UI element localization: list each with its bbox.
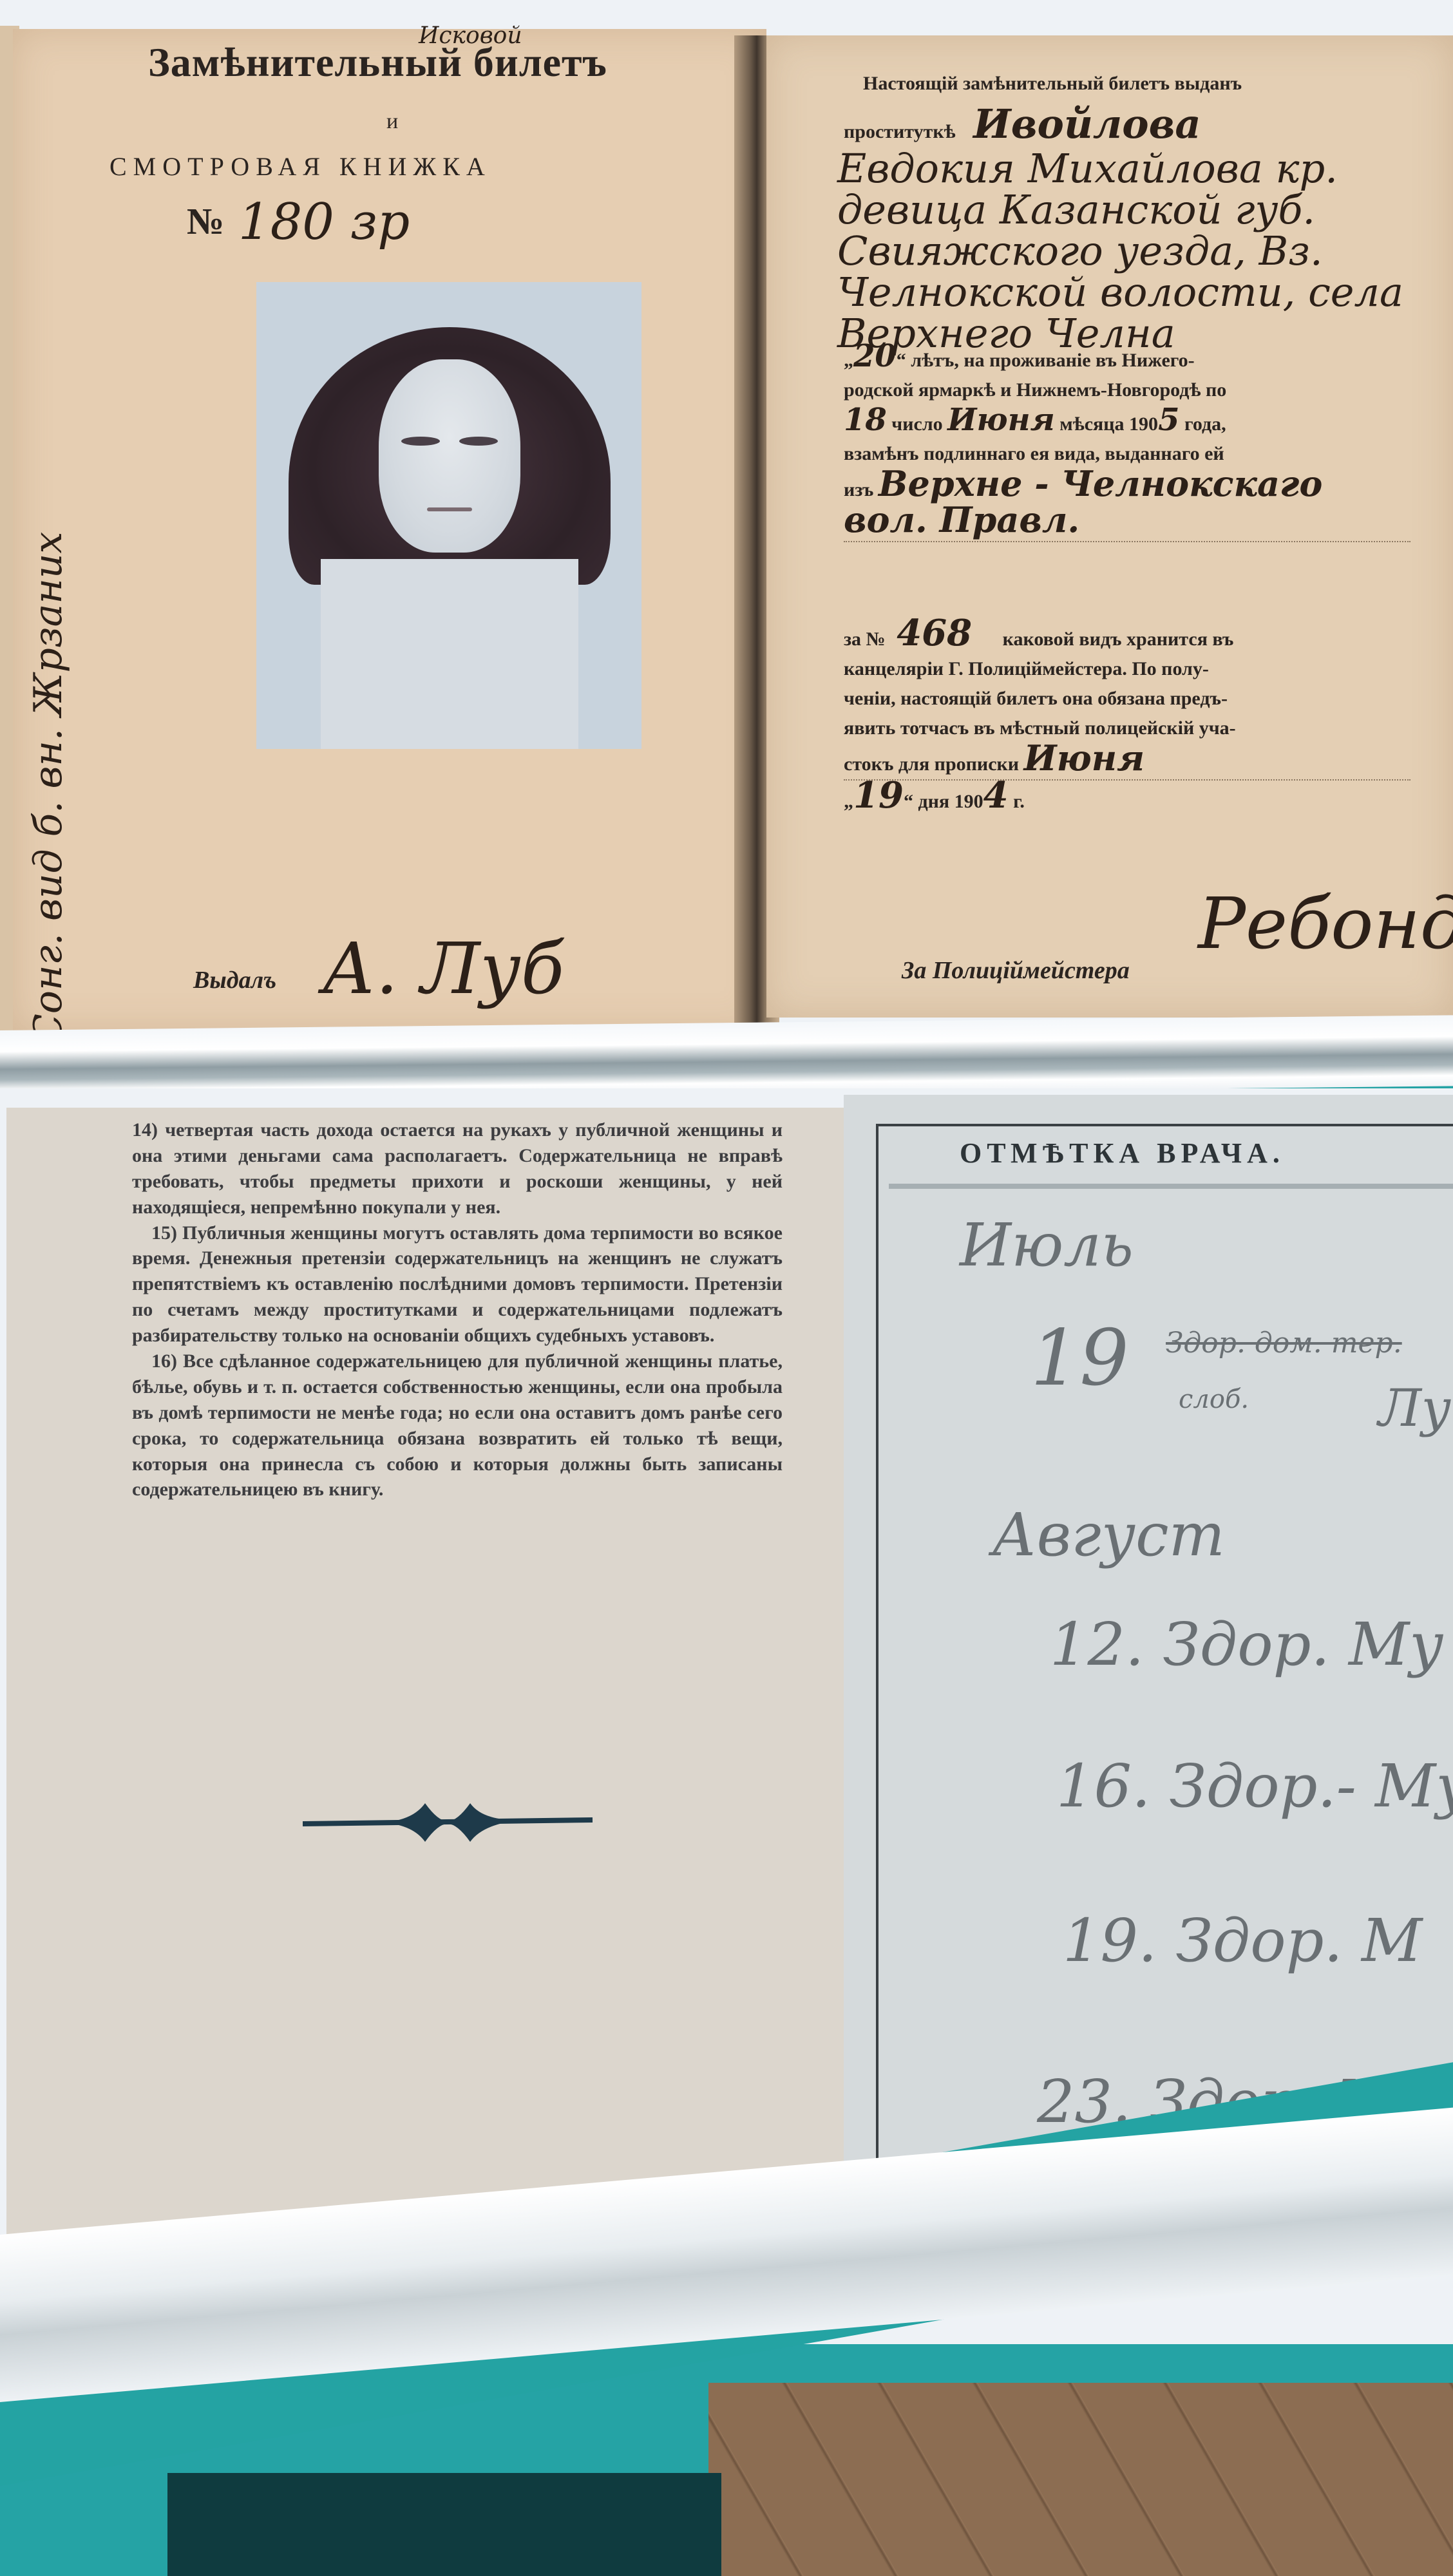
printed-text: мѣсяца 190 [1059, 413, 1158, 435]
date-day-handwritten: 18 [844, 402, 887, 438]
ticket-registration-block: за № 468 каковой видъ хранится въ канцел… [844, 618, 1423, 817]
dark-object [167, 2473, 721, 2576]
printer-ornament-icon [303, 1803, 593, 1842]
registration-year-digit-handwritten: 4 [983, 774, 1009, 817]
printed-line: Настоящій замѣнительный билетъ выданъ [844, 71, 1423, 97]
title-conjunction: и [386, 109, 398, 134]
doctor-entry-note: Здор. М [1176, 1906, 1423, 1975]
doctor-entry-note: Здор. Му [1163, 1610, 1444, 1679]
printed-line: „19“ дня 1904 г. [844, 781, 1423, 817]
doctor-entry-day: 12. [1050, 1610, 1144, 1679]
police-chief-label: За Полиціймейстера [902, 956, 1130, 985]
document-number-handwritten: 468 [897, 612, 972, 654]
printed-line: проституткѣ Ивойлова [844, 97, 1423, 151]
doctor-signature: Луб [1378, 1378, 1453, 1438]
side-handwritten-note: Сонг. вид б. вн. Жрзаних [26, 335, 71, 1043]
date-month-handwritten: Июня [947, 402, 1055, 438]
ticket-number: 180 зр [238, 193, 410, 251]
printed-line: вол. Правл. [844, 505, 1410, 542]
printed-line: канцеляріи Г. Полиціймейстера. По полу- [844, 654, 1423, 684]
registration-day-handwritten: 19 [853, 774, 904, 817]
rules-paragraph: 16) Все сдѣланное содержательницею для п… [132, 1349, 783, 1502]
doctor-entry-note: Здор.- Му [1170, 1752, 1453, 1821]
handwritten-line: девица Казанской губ. [837, 189, 1417, 231]
police-chief-signature: Ребонда [1198, 882, 1453, 965]
photo-eye [401, 437, 440, 446]
doctor-entry-day: 16. [1056, 1752, 1150, 1821]
document-title: Замѣнительный билетъ [148, 39, 607, 86]
photo-face [379, 359, 520, 553]
handwritten-line: Евдокия Михайлова кр. [837, 148, 1417, 189]
doctor-entry: 12. Здор. Му [1050, 1610, 1444, 1679]
handwritten-line: Свияжского уезда, Вз. [837, 231, 1417, 272]
age-handwritten: 20 [853, 338, 897, 374]
document-subtitle: СМОТРОВАЯ КНИЖКА [109, 151, 491, 182]
printed-text: за № [844, 629, 886, 650]
printed-line: за № 468 каковой видъ хранится въ [844, 618, 1423, 654]
number-label: № [187, 200, 224, 243]
printed-line: стокъ для прописки Июня [844, 743, 1410, 781]
rules-paragraph: 14) четвертая часть дохода остается на р… [132, 1117, 783, 1220]
doctor-entry-month: Июль [960, 1211, 1134, 1280]
issued-by-label: Выдалъ [193, 966, 276, 994]
portrait-photo [256, 282, 641, 749]
doctor-marks-heading: ОТМѢТКА ВРАЧА. [960, 1137, 1285, 1170]
doctor-entry: 16. Здор.- Му [1056, 1752, 1453, 1821]
printed-text: дня 190 [918, 791, 983, 812]
doctor-entry: 19. Здор. М [1063, 1906, 1422, 1975]
printed-line: 18 число Июня мѣсяца 1905 года, [844, 405, 1423, 439]
printed-line: ченіи, настоящій билетъ она обязана пред… [844, 684, 1423, 714]
printed-label: проституткѣ [844, 121, 956, 142]
rules-text-block: 14) четвертая часть дохода остается на р… [132, 1117, 783, 1502]
printed-line: родской ярмаркѣ и Нижнемъ-Новгородѣ по [844, 375, 1423, 405]
heading-rule [889, 1184, 1453, 1189]
rules-paragraph: 15) Публичныя женщины могутъ оставлять д… [132, 1220, 783, 1349]
printed-text: года, [1184, 413, 1226, 435]
printed-text: изъ [844, 479, 873, 500]
year-digit-handwritten: 5 [1158, 402, 1179, 438]
surname-handwritten: Ивойлова [973, 100, 1201, 147]
photo-mouth [427, 507, 472, 511]
printed-line: „20“ лѣтъ, на проживаніе въ Нижего- [844, 341, 1423, 375]
printed-text: г. [1013, 791, 1025, 812]
wooden-floor [708, 2383, 1453, 2576]
handwritten-details: Евдокия Михайлова кр. девица Казанской г… [837, 148, 1417, 354]
photo-collar [321, 559, 578, 749]
printed-text: лѣтъ, на проживаніе въ Нижего- [911, 350, 1194, 371]
doctor-entry-day: 19. [1063, 1906, 1157, 1975]
photo-eye [459, 437, 498, 446]
issuer-handwritten: Верхне - Челнокскаго [878, 463, 1323, 504]
doctor-entry-note-secondary: слоб. [1179, 1385, 1249, 1414]
ticket-residence-block: „20“ лѣтъ, на проживаніе въ Нижего- родс… [844, 341, 1423, 542]
issuer-signature: А. Луб [322, 927, 564, 1010]
registration-month-handwritten: Июня [1024, 737, 1144, 779]
printed-text: стокъ для прописки [844, 753, 1019, 775]
ticket-text-block: Настоящій замѣнительный билетъ выданъ пр… [844, 71, 1423, 151]
doctor-entry-note: Здор. дом. тер. [1166, 1327, 1402, 1359]
printed-text: число [891, 413, 942, 435]
doctor-entry-month: Август [992, 1501, 1225, 1569]
handwritten-line: Челнокской волости, села [837, 272, 1417, 313]
printed-text: каковой видъ хранится въ [1003, 629, 1234, 650]
doctor-entry-day: 19 [1030, 1314, 1129, 1403]
issuer-handwritten: вол. Правл. [844, 499, 1079, 540]
